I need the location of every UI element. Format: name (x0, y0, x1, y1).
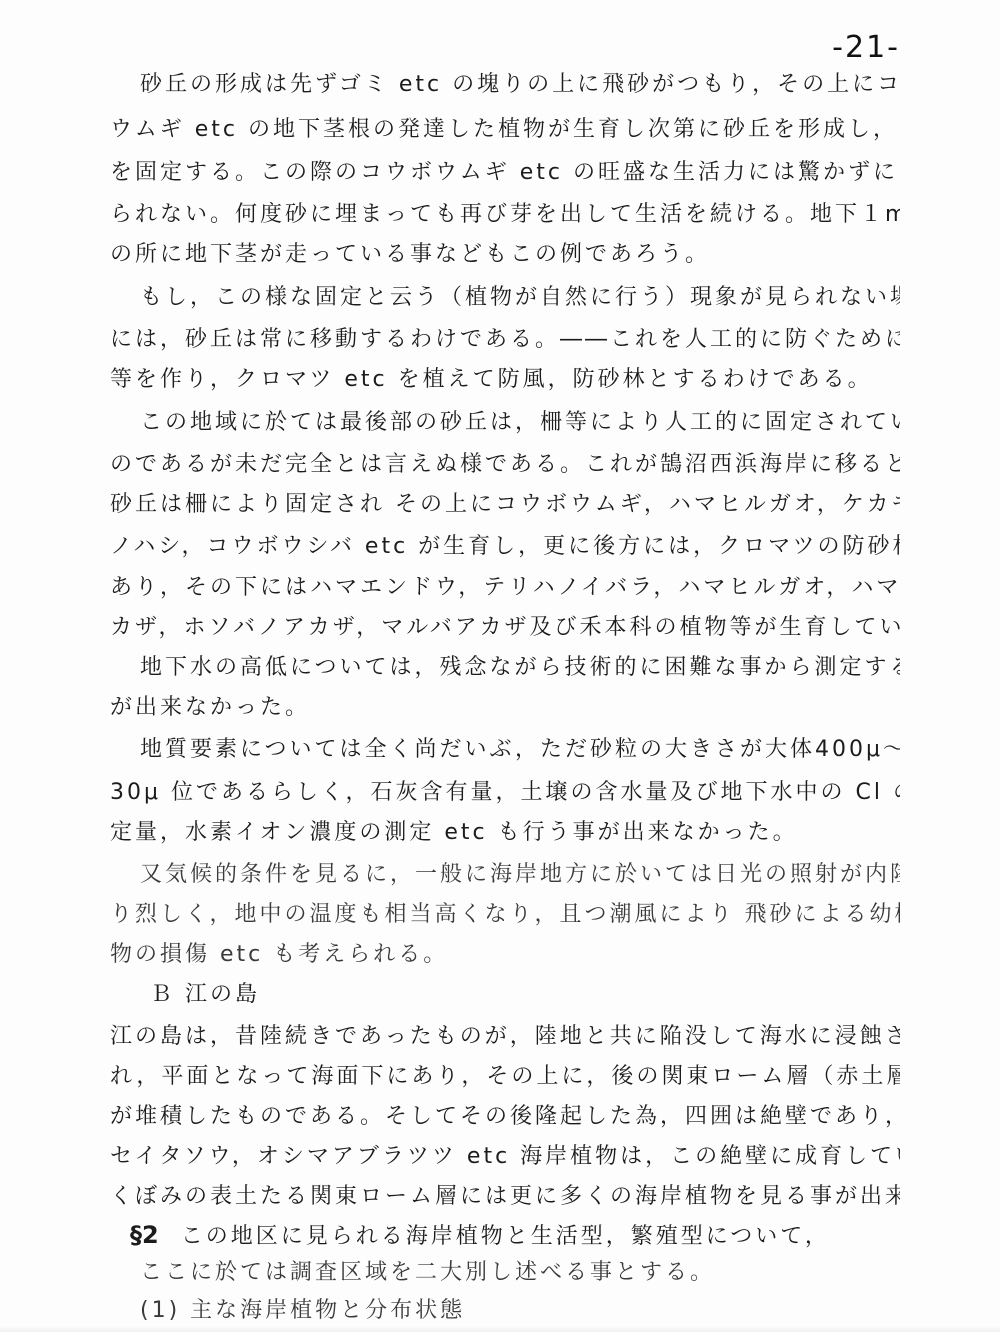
text-line: もし，この様な固定と云う（植物が自然に行う）現象が見られない場合 (140, 283, 900, 313)
document-page: -21- 砂丘の形成は先ずゴミ etc の塊りの上に飛砂がつもり，その上にコウボ… (0, 0, 1000, 1332)
text-line: くぼみの表土たる関東ローム層には更に多くの海岸植物を見る事が出来る。 (110, 1182, 900, 1212)
text-line: られない。何度砂に埋まっても再び芽を出して生活を続ける。地下１m位 (110, 200, 900, 230)
subsection-heading: (1) 主な海岸植物と分布状態 (140, 1296, 900, 1326)
text-line: 又気候的条件を見るに，一般に海岸地方に於いては日光の照射が内陸よ (140, 860, 900, 890)
text-line: ノハシ，コウボウシバ etc が生育し，更に後方には，クロマツの防砂林が (110, 532, 900, 562)
scan-edge-shadow (0, 1326, 1000, 1332)
text-line: 地下水の高低については，残念ながら技術的に困難な事から測定する事 (140, 653, 900, 683)
text-line: 定量，水素イオン濃度の測定 etc も行う事が出来なかった。 (110, 818, 900, 848)
text-line: が堆積したものである。そしてその後隆起した為，四囲は絶壁であり，ラ (110, 1102, 900, 1132)
text-line: 砂丘は柵により固定され その上にコウボウムギ，ハマヒルガオ，ケカモ (110, 490, 900, 520)
text-line: り烈しく，地中の温度も相当高くなり，且つ潮風により 飛砂による幼植 (110, 900, 900, 930)
page-number: -21- (832, 30, 900, 65)
text-line: この地域に於ては最後部の砂丘は，柵等により人工的に固定されている (140, 408, 900, 438)
text-line: には，砂丘は常に移動するわけである。――これを人工的に防ぐために柵 (110, 325, 900, 355)
text-line: ウムギ etc の地下茎根の発達した植物が生育し次第に砂丘を形成し，これ (110, 115, 900, 145)
section-heading: Ｂ 江の島 (150, 980, 940, 1010)
text-line: 物の損傷 etc も考えられる。 (110, 940, 900, 970)
text-line: 30μ 位であるらしく，石灰含有量，土壌の含水量及び地下水中の Cl の (110, 778, 900, 808)
text-line: あり，その下にはハマエンドウ，テリハノイバラ，ハマヒルガオ，ハマア (110, 573, 900, 603)
section-title-text: この地区に見られる海岸植物と生活型，繁殖型について， (181, 1224, 830, 1249)
text-line: カザ，ホソバノアカザ，マルバアカザ及び禾本科の植物等が生育している。 (110, 613, 900, 643)
text-line: を固定する。この際のコウボウムギ etc の旺盛な生活力には驚かずにはい (110, 158, 900, 188)
text-line: 地質要素については全く尚だいぶ，ただ砂粒の大きさが大体400μ～ (140, 735, 900, 765)
text-line: ここに於ては調査区域を二大別し述べる事とする。 (140, 1258, 900, 1288)
text-line: れ，平面となって海面下にあり，その上に，後の関東ローム層（赤土層） (110, 1062, 900, 1092)
text-line: 砂丘の形成は先ずゴミ etc の塊りの上に飛砂がつもり，その上にコウボ (140, 70, 900, 100)
text-line: 等を作り，クロマツ etc を植えて防風，防砂林とするわけである。 (110, 365, 900, 395)
section-mark: §2 (130, 1221, 159, 1249)
text-line: セイタソウ，オシマアブラツツ etc 海岸植物は，この絶壁に成育している。 (110, 1142, 900, 1172)
text-line: 江の島は，昔陸続きであったものが，陸地と共に陥没して海水に浸蝕さ (110, 1022, 900, 1052)
text-line: のであるが未だ完全とは言えぬ様である。これが鵠沼西浜海岸に移ると， (110, 450, 900, 480)
text-line: が出来なかった。 (110, 693, 900, 723)
text-line: の所に地下茎が走っている事などもこの例であろう。 (110, 240, 900, 270)
section-title: §2この地区に見られる海岸植物と生活型，繁殖型について， (130, 1220, 920, 1252)
